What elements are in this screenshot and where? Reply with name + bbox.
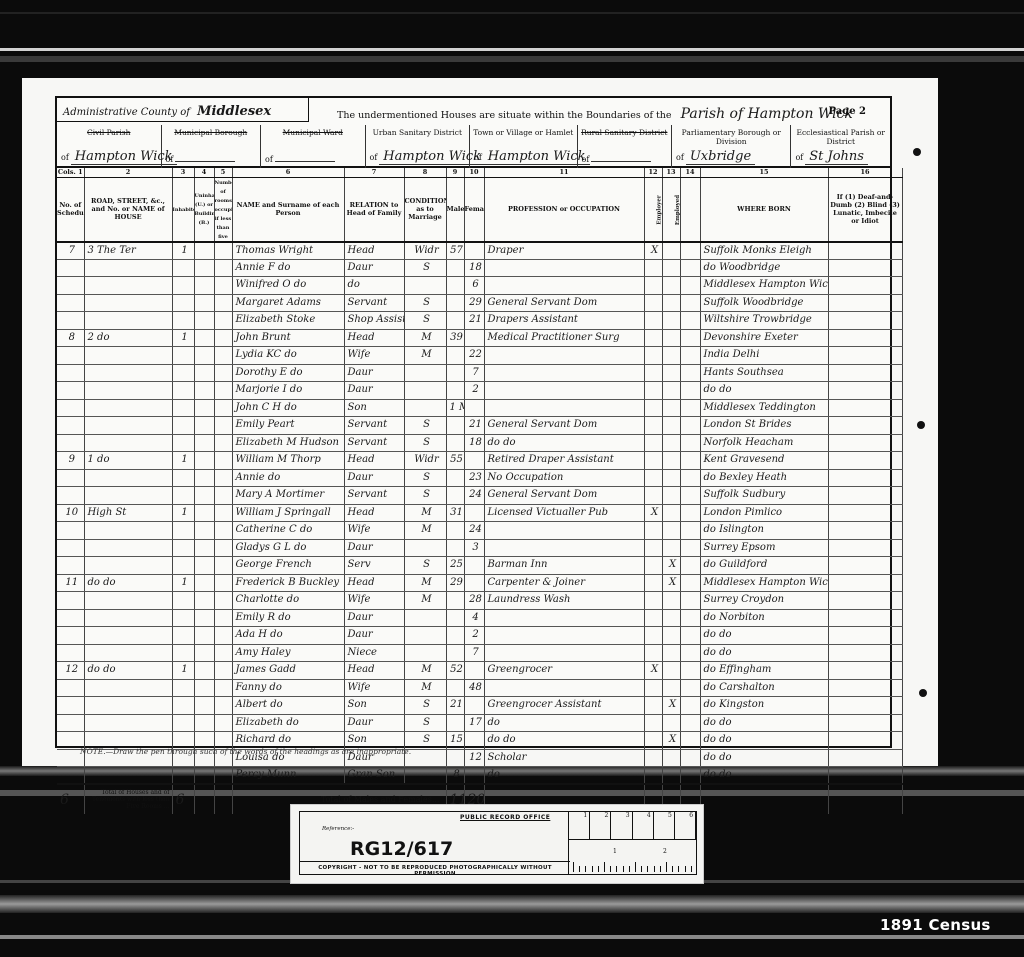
employer-mark: [644, 627, 662, 645]
schedule-number: [57, 469, 84, 487]
marital-condition: Widr: [404, 242, 446, 260]
infirmity: [828, 767, 902, 785]
employed-mark: [662, 399, 680, 417]
of-prefix: of: [61, 153, 69, 162]
uninhabited: [194, 242, 214, 260]
marital-condition: [404, 277, 446, 295]
address: [84, 417, 172, 435]
census-row: Annie doDaurS23No Occupationdo Bexley He…: [57, 469, 902, 487]
column-heading: Males: [446, 177, 464, 242]
birthplace: London St Brides: [700, 417, 828, 435]
person-name: Mary A Mortimer: [232, 487, 344, 505]
neither-mark: [680, 312, 700, 330]
marital-condition: S: [404, 259, 446, 277]
column-number: 13: [662, 168, 680, 177]
employer-mark: [644, 294, 662, 312]
female-age: [464, 732, 484, 750]
uninhabited: [194, 417, 214, 435]
address: [84, 644, 172, 662]
female-age: 3: [464, 539, 484, 557]
person-name: Elizabeth Stoke: [232, 312, 344, 330]
column-heading: ROAD, STREET, &c., and No. or NAME of HO…: [84, 177, 172, 242]
birthplace: London Pimlico: [700, 504, 828, 522]
marital-condition: S: [404, 469, 446, 487]
marital-condition: M: [404, 329, 446, 347]
column-number: 3: [172, 168, 194, 177]
infirmity: [828, 469, 902, 487]
birthplace: Kent Gravesend: [700, 452, 828, 470]
column-number: 15: [700, 168, 828, 177]
inhabited-count: [172, 259, 194, 277]
neither-mark: [680, 277, 700, 295]
female-age: 18: [464, 434, 484, 452]
inhabited-count: [172, 364, 194, 382]
ruler-mark: 6: [675, 812, 696, 839]
of-prefix: of: [795, 153, 803, 162]
column-heading-row: No. of ScheduleROAD, STREET, &c., and No…: [57, 177, 902, 242]
rooms: [214, 382, 232, 400]
male-age: [446, 277, 464, 295]
district-value: [275, 152, 335, 162]
schedule-number: [57, 294, 84, 312]
employed-mark: [662, 329, 680, 347]
address: [84, 294, 172, 312]
neither-mark: [680, 767, 700, 785]
schedule-number: [57, 627, 84, 645]
ruler-mark: 1: [569, 812, 590, 839]
neither-mark: [680, 504, 700, 522]
employer-mark: [644, 574, 662, 592]
uninhabited: [194, 504, 214, 522]
schedule-number: [57, 522, 84, 540]
district-field: Civil ParishofHampton Wick: [57, 125, 162, 168]
uninhabited: [194, 522, 214, 540]
rooms: [214, 329, 232, 347]
scan-streak: [0, 12, 1024, 14]
of-prefix: of: [582, 155, 590, 164]
neither-mark: [680, 574, 700, 592]
column-number-row: Cols. 12345678910111213141516: [57, 168, 902, 177]
marital-condition: S: [404, 714, 446, 732]
neither-mark: [680, 627, 700, 645]
occupation: General Servant Dom: [484, 487, 644, 505]
infirmity: [828, 539, 902, 557]
neither-mark: [680, 469, 700, 487]
employer-mark: [644, 732, 662, 750]
employer-mark: [644, 382, 662, 400]
of-prefix: of: [265, 155, 273, 164]
employed-mark: [662, 504, 680, 522]
uninhabited: [194, 329, 214, 347]
column-number: 10: [464, 168, 484, 177]
address: do do: [84, 574, 172, 592]
male-age: [446, 627, 464, 645]
neither-mark: [680, 539, 700, 557]
binding-hole: [913, 148, 921, 156]
occupation: General Servant Dom: [484, 417, 644, 435]
address: [84, 347, 172, 365]
relation: Head: [344, 504, 404, 522]
male-age: [446, 434, 464, 452]
column-heading: Neither Employer nor Employed: [680, 177, 700, 242]
occupation: General Servant Dom: [484, 294, 644, 312]
infirmity: [828, 592, 902, 610]
female-age: 22: [464, 347, 484, 365]
occupation: [484, 644, 644, 662]
column-number: 4: [194, 168, 214, 177]
address: [84, 277, 172, 295]
ruler-number: 1: [613, 848, 617, 855]
marital-condition: [404, 627, 446, 645]
male-age: [446, 679, 464, 697]
relation: Head: [344, 329, 404, 347]
district-label: Municipal Borough: [162, 128, 261, 137]
neither-mark: [680, 434, 700, 452]
uninhabited: [194, 679, 214, 697]
marital-condition: S: [404, 417, 446, 435]
male-age: [446, 609, 464, 627]
column-heading: If (1) Deaf-and-Dumb (2) Blind (3) Lunat…: [828, 177, 902, 242]
address: High St: [84, 504, 172, 522]
census-row: Catherine C doWifeM24do Islington: [57, 522, 902, 540]
boundary-value: Parish of Hampton Wick: [681, 106, 853, 122]
person-name: Elizabeth M Hudson: [232, 434, 344, 452]
schedule-number: [57, 557, 84, 575]
male-age: [446, 522, 464, 540]
birthplace: Wiltshire Trowbridge: [700, 312, 828, 330]
marital-condition: [404, 644, 446, 662]
schedule-number: [57, 714, 84, 732]
employed-mark: [662, 679, 680, 697]
district-row: Civil ParishofHampton WickMunicipal Boro…: [57, 125, 890, 168]
employer-mark: [644, 557, 662, 575]
census-row: 73 The Ter1Thomas WrightHeadWidr57Draper…: [57, 242, 902, 260]
inhabited-count: [172, 539, 194, 557]
infirmity: [828, 662, 902, 680]
census-row: Ada H doDaur2do do: [57, 627, 902, 645]
scan-streak: [0, 48, 1024, 51]
inhabited-count: [172, 767, 194, 785]
female-age: 28: [464, 592, 484, 610]
relation: Daur: [344, 259, 404, 277]
relation: Shop Assistant: [344, 312, 404, 330]
employer-mark: [644, 469, 662, 487]
occupation: [484, 539, 644, 557]
address: [84, 469, 172, 487]
census-row: 91 do1William M ThorpHeadWidr55Retired D…: [57, 452, 902, 470]
relation: Daur: [344, 364, 404, 382]
rooms: [214, 574, 232, 592]
census-row: Annie F doDaurS18do Woodbridge: [57, 259, 902, 277]
birthplace: Surrey Croydon: [700, 592, 828, 610]
neither-mark: [680, 259, 700, 277]
marital-condition: [404, 399, 446, 417]
marital-condition: M: [404, 574, 446, 592]
inhabited-count: [172, 609, 194, 627]
male-age: 57: [446, 242, 464, 260]
inhabited-count: [172, 469, 194, 487]
district-field: Ecclesiastical Parish or DistrictofSt Jo…: [791, 125, 890, 168]
inhabited-count: 1: [172, 452, 194, 470]
inhabited-count: [172, 399, 194, 417]
infirmity: [828, 329, 902, 347]
female-age: [464, 697, 484, 715]
infirmity: [828, 609, 902, 627]
person-name: John C H do: [232, 399, 344, 417]
neither-mark: [680, 417, 700, 435]
employer-mark: X: [644, 662, 662, 680]
relation: Servant: [344, 434, 404, 452]
of-prefix: of: [166, 155, 174, 164]
birthplace: Middlesex Hampton Wick: [700, 277, 828, 295]
infirmity: [828, 452, 902, 470]
schedule-number: [57, 347, 84, 365]
occupation: Barman Inn: [484, 557, 644, 575]
rooms: [214, 522, 232, 540]
rooms: [214, 347, 232, 365]
person-name: Winifred O do: [232, 277, 344, 295]
uninhabited: [194, 539, 214, 557]
male-age: [446, 714, 464, 732]
inhabited-count: [172, 487, 194, 505]
relation: Daur: [344, 469, 404, 487]
census-row: George FrenchServS25Barman InnXdo Guildf…: [57, 557, 902, 575]
rooms: [214, 259, 232, 277]
occupation: Scholar: [484, 749, 644, 767]
neither-mark: [680, 347, 700, 365]
uninhabited: [194, 644, 214, 662]
employed-mark: [662, 277, 680, 295]
uninhabited: [194, 697, 214, 715]
boundary-statement: The undermentioned Houses are situate wi…: [337, 106, 853, 122]
person-name: Annie do: [232, 469, 344, 487]
infirmity: [828, 714, 902, 732]
schedule-number: [57, 644, 84, 662]
employer-mark: [644, 347, 662, 365]
census-row: Emily R doDaur4do Norbiton: [57, 609, 902, 627]
inhabited-count: [172, 697, 194, 715]
schedule-number: 10: [57, 504, 84, 522]
occupation: [484, 627, 644, 645]
column-heading: WHERE BORN: [700, 177, 828, 242]
birthplace: India Delhi: [700, 347, 828, 365]
column-number: 16: [828, 168, 902, 177]
employed-mark: [662, 767, 680, 785]
marital-condition: M: [404, 592, 446, 610]
schedule-number: 7: [57, 242, 84, 260]
inhabited-count: [172, 382, 194, 400]
birthplace: Norfolk Heacham: [700, 434, 828, 452]
relation: Head: [344, 452, 404, 470]
relation: Gran Son: [344, 767, 404, 785]
person-name: Charlotte do: [232, 592, 344, 610]
address: [84, 312, 172, 330]
occupation: [484, 522, 644, 540]
female-age: [464, 452, 484, 470]
column-number: 8: [404, 168, 446, 177]
rooms: [214, 312, 232, 330]
address: [84, 697, 172, 715]
uninhabited: [194, 259, 214, 277]
column-heading: NAME and Surname of each Person: [232, 177, 344, 242]
uninhabited: [194, 714, 214, 732]
person-name: Fanny do: [232, 679, 344, 697]
employer-mark: [644, 522, 662, 540]
birthplace: do do: [700, 732, 828, 750]
female-age: 18: [464, 259, 484, 277]
female-age: 4: [464, 609, 484, 627]
infirmity: [828, 347, 902, 365]
column-number: 6: [232, 168, 344, 177]
employer-mark: [644, 679, 662, 697]
neither-mark: [680, 714, 700, 732]
infirmity: [828, 627, 902, 645]
birthplace: do do: [700, 767, 828, 785]
person-name: Amy Haley: [232, 644, 344, 662]
boundary-text: The undermentioned Houses are situate wi…: [337, 110, 672, 121]
female-age: [464, 504, 484, 522]
district-value: St Johns: [805, 149, 868, 165]
male-age: [446, 382, 464, 400]
inhabited-count: [172, 522, 194, 540]
female-age: 2: [464, 382, 484, 400]
birthplace: Devonshire Exeter: [700, 329, 828, 347]
male-age: [446, 487, 464, 505]
census-row: Lydia KC doWifeM22India Delhi: [57, 347, 902, 365]
employed-mark: [662, 609, 680, 627]
district-value: [591, 152, 651, 162]
female-age: [464, 557, 484, 575]
inhabited-count: [172, 714, 194, 732]
schedule-number: [57, 592, 84, 610]
marital-condition: S: [404, 294, 446, 312]
address: [84, 539, 172, 557]
relation: Servant: [344, 294, 404, 312]
column-heading: Uninhabited (U.) or Building (B.): [194, 177, 214, 242]
infirmity: [828, 382, 902, 400]
marital-condition: M: [404, 347, 446, 365]
employer-mark: [644, 329, 662, 347]
uninhabited: [194, 434, 214, 452]
uninhabited: [194, 574, 214, 592]
relation: Niece: [344, 644, 404, 662]
female-age: 23: [464, 469, 484, 487]
female-age: [464, 399, 484, 417]
male-age: 39: [446, 329, 464, 347]
district-field: Parliamentary Borough or DivisionofUxbri…: [672, 125, 791, 168]
address: 1 do: [84, 452, 172, 470]
employed-mark: [662, 452, 680, 470]
marital-condition: [404, 364, 446, 382]
address: [84, 399, 172, 417]
employed-mark: X: [662, 574, 680, 592]
employed-mark: [662, 259, 680, 277]
census-row: Gladys G L doDaur3Surrey Epsom: [57, 539, 902, 557]
schedule-number: [57, 609, 84, 627]
neither-mark: [680, 592, 700, 610]
male-age: 29: [446, 574, 464, 592]
person-name: Frederick B Buckley: [232, 574, 344, 592]
employer-mark: [644, 592, 662, 610]
employed-mark: [662, 592, 680, 610]
employer-mark: [644, 259, 662, 277]
male-age: [446, 749, 464, 767]
female-age: 7: [464, 364, 484, 382]
district-label: Municipal Ward: [261, 128, 365, 137]
neither-mark: [680, 382, 700, 400]
inhabited-count: [172, 627, 194, 645]
occupation: Draper: [484, 242, 644, 260]
column-heading: Number of rooms occupied if less than fi…: [214, 177, 232, 242]
neither-mark: [680, 732, 700, 750]
rooms: [214, 364, 232, 382]
birthplace: do Bexley Heath: [700, 469, 828, 487]
address: [84, 679, 172, 697]
female-age: 2: [464, 627, 484, 645]
district-field: Municipal Boroughof: [162, 125, 262, 168]
neither-mark: [680, 522, 700, 540]
houses-total: 6: [172, 784, 194, 814]
address: [84, 259, 172, 277]
employed-mark: X: [662, 557, 680, 575]
schedule-number: [57, 539, 84, 557]
person-name: James Gadd: [232, 662, 344, 680]
male-age: 8: [446, 767, 464, 785]
schedule-number: [57, 434, 84, 452]
person-name: Margaret Adams: [232, 294, 344, 312]
address: [84, 767, 172, 785]
inhabited-count: [172, 294, 194, 312]
birthplace: Suffolk Monks Eleigh: [700, 242, 828, 260]
rooms: [214, 242, 232, 260]
relation: Son: [344, 697, 404, 715]
female-age: 12: [464, 749, 484, 767]
column-heading: PROFESSION or OCCUPATION: [484, 177, 644, 242]
person-name: William M Thorp: [232, 452, 344, 470]
birthplace: do Kingston: [700, 697, 828, 715]
employer-mark: [644, 364, 662, 382]
address: do do: [84, 662, 172, 680]
uninhabited: [194, 469, 214, 487]
page-number: Page 2: [828, 106, 866, 117]
marital-condition: Widr: [404, 452, 446, 470]
relation: Head: [344, 574, 404, 592]
infirmity: [828, 312, 902, 330]
address: [84, 522, 172, 540]
rooms: [214, 627, 232, 645]
schedule-number: 8: [57, 329, 84, 347]
person-name: William J Springall: [232, 504, 344, 522]
rooms: [214, 609, 232, 627]
relation: Wife: [344, 679, 404, 697]
column-number: 7: [344, 168, 404, 177]
infirmity: [828, 522, 902, 540]
birthplace: do Guildford: [700, 557, 828, 575]
relation: Servant: [344, 487, 404, 505]
female-age: 6: [464, 277, 484, 295]
ruler-mark: 5: [654, 812, 675, 839]
ruler-mark: 4: [633, 812, 654, 839]
uninhabited: [194, 312, 214, 330]
infirmity: [828, 697, 902, 715]
binding-hole: [919, 689, 927, 697]
column-number: 14: [680, 168, 700, 177]
schedule-number: 11: [57, 574, 84, 592]
district-label: Urban Sanitary District: [366, 128, 470, 137]
relation: Daur: [344, 539, 404, 557]
neither-mark: [680, 364, 700, 382]
neither-mark: [680, 452, 700, 470]
